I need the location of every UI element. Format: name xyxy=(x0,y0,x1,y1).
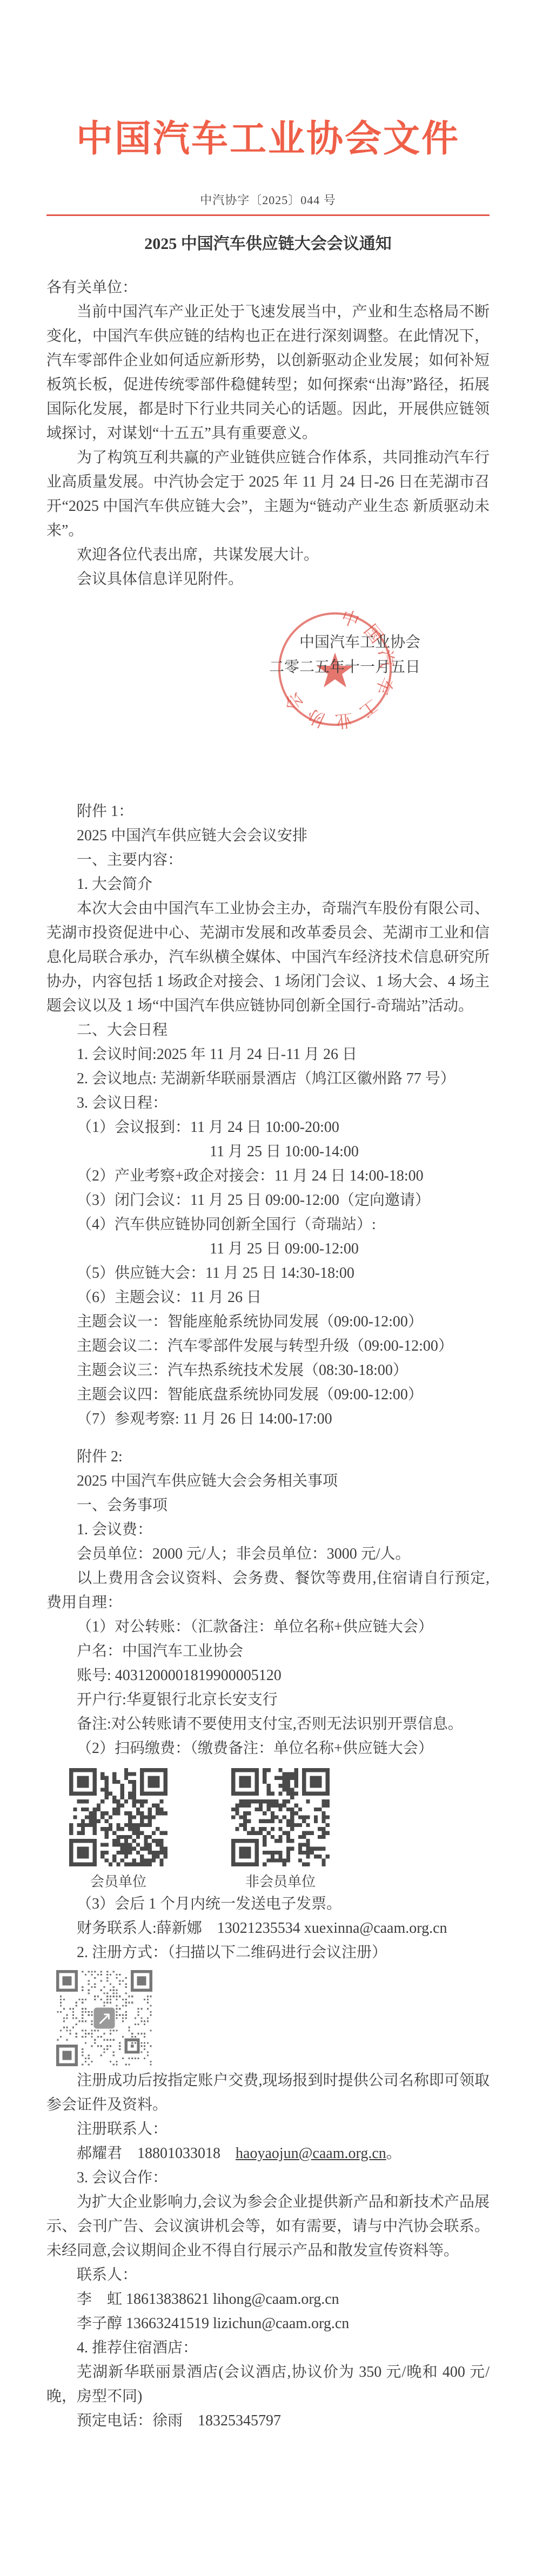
doc-line: 主题会议二：汽车零部件发展与转型升级（09:00-12:00） xyxy=(46,1334,490,1358)
doc-line: 以上费用含会议资料、会务费、餐饮等费用,住宿请自行预定,费用自理： xyxy=(46,1566,490,1615)
nonmember-qr-label: 非会员单位 xyxy=(231,1871,330,1891)
doc-line: （2）产业考察+政企对接会：11 月 24 日 14:00-18:00 xyxy=(46,1164,490,1188)
doc-line: （2）扫码缴费：（缴费备注：单位名称+供应链大会） xyxy=(46,1736,490,1761)
scanned-official-document: 中国汽车工业协会文件 中汽协字〔2025〕044 号 2025 中国汽车供应链大… xyxy=(0,0,536,2576)
doc-line: 1. 会议费： xyxy=(46,1518,490,1542)
doc-line: 为扩大企业影响力,会议为参会企业提供新产品和新技术产品展示、会刊广告、会议演讲机… xyxy=(46,2190,490,2263)
doc-line: 本次大会由中国汽车工业协会主办，奇瑞汽车股份有限公司、芜湖市投资促进中心、芜湖市… xyxy=(46,896,490,1018)
doc-line: 注册联系人： xyxy=(46,2117,490,2141)
doc-line: 主题会议一：智能座舱系统协同发展（09:00-12:00） xyxy=(46,1310,490,1334)
doc-line: 二、大会日程 xyxy=(46,1018,490,1042)
doc-line: 2. 注册方式：（扫描以下二维码进行会议注册） xyxy=(46,1940,490,1965)
doc-line: （3）闭门会议：11 月 25 日 09:00-12:00（定向邀请） xyxy=(46,1188,490,1212)
notice-title: 2025 中国汽车供应链大会会议通知 xyxy=(0,230,536,254)
doc-line: 欢迎各位代表出席，共谋发展大计。 xyxy=(46,543,490,567)
nonmember-qr-box: 非会员单位 xyxy=(231,1768,330,1891)
doc-line: 李 虹 18613838621 lihong@caam.org.cn xyxy=(46,2287,490,2311)
doc-line: 11 月 25 日 09:00-12:00 xyxy=(46,1237,490,1261)
doc-line: 11 月 25 日 10:00-14:00 xyxy=(46,1139,490,1164)
doc-line: （4）汽车供应链协同创新全国行（奇瑞站）: xyxy=(46,1212,490,1237)
doc-line: 预定电话：徐雨 18325345797 xyxy=(46,2409,490,2433)
doc-line: 主题会议三：汽车热系统技术发展（08:30-18:00） xyxy=(46,1358,490,1383)
svg-text:↗: ↗ xyxy=(97,2008,112,2029)
doc-line: （6）主题会议：11 月 26 日 xyxy=(46,1285,490,1310)
doc-line: 3. 会议合作： xyxy=(46,2166,490,2190)
attachment2-lines-a: 附件 2:2025 中国汽车供应链大会会务相关事项一、会务事项1. 会议费：会员… xyxy=(46,1445,490,1761)
attachment1-section: 附件 1：2025 中国汽车供应链大会会议安排一、主要内容：1. 大会简介本次大… xyxy=(46,799,490,1431)
doc-line: 一、会务事项 xyxy=(46,1493,490,1518)
member-qr-box: 会员单位 xyxy=(69,1768,167,1891)
doc-line: 会员单位：2000 元/人；非会员单位：3000 元/人。 xyxy=(46,1542,490,1566)
doc-line: 芜湖新华联丽景酒店(会议酒店,协议价为 350 元/晚和 400 元/晚，房型不… xyxy=(46,2360,490,2409)
nonmember-payment-qr-code xyxy=(231,1768,330,1866)
red-divider xyxy=(46,214,490,216)
doc-line: 户名：中国汽车工业协会 xyxy=(46,1639,490,1663)
doc-line: 主题会议四：智能底盘系统协同发展（09:00-12:00） xyxy=(46,1383,490,1407)
attachment2-lines-b: （3）会后 1 个月内统一发送电子发票。财务联系人:薛新娜 1302123553… xyxy=(46,1892,490,1965)
letter-body: 当前中国汽车产业正处于飞速发展当中，产业和生态格局不断变化，中国汽车供应链的结构… xyxy=(46,300,490,591)
doc-line: 一、主要内容： xyxy=(46,848,490,872)
doc-line: （3）会后 1 个月内统一发送电子发票。 xyxy=(46,1892,490,1916)
doc-line: 4. 推荐住宿酒店： xyxy=(46,2336,490,2360)
salutation: 各有关单位： xyxy=(46,275,490,300)
doc-line: 账号: 4031200001819900005120 xyxy=(46,1663,490,1688)
signature-date: 二零二五年十一月五日 xyxy=(46,655,420,680)
doc-line: 2. 会议地点: 芜湖新华联丽景酒店（鸠江区徽州路 77 号） xyxy=(46,1067,490,1091)
doc-line: 李子醇 13663241519 lizichun@caam.org.cn xyxy=(46,2311,490,2336)
doc-line: 郝耀君 18801033018 haoyaojun@caam.org.cn。 xyxy=(46,2141,490,2166)
doc-line: 2025 中国汽车供应链大会会务相关事项 xyxy=(46,1469,490,1493)
member-qr-label: 会员单位 xyxy=(69,1871,167,1891)
doc-line: 2025 中国汽车供应链大会会议安排 xyxy=(46,824,490,848)
doc-line: （5）供应链大会：11 月 25 日 14:30-18:00 xyxy=(46,1261,490,1285)
email-link: haoyaojun@caam.org.cn xyxy=(236,2145,386,2162)
doc-line: （7）参观考察: 11 月 26 日 14:00-17:00 xyxy=(46,1407,490,1431)
attachment2-lines-c: 注册成功后按指定账户交费,现场报到时提供公司名称即可领取参会证件及资料。注册联系… xyxy=(46,2068,490,2433)
doc-line: 会议具体信息详见附件。 xyxy=(46,567,490,591)
payment-qr-row: 会员单位 非会员单位 xyxy=(69,1768,490,1891)
doc-line: 开户行:华夏银行北京长安支行 xyxy=(46,1688,490,1712)
doc-line: 附件 2: xyxy=(46,1445,490,1469)
doc-line: 附件 1： xyxy=(46,799,490,824)
doc-line: （1）对公转账：（汇款备注：单位名称+供应链大会） xyxy=(46,1615,490,1639)
signature-org: 中国汽车工业协会 xyxy=(46,630,420,655)
doc-number: 中汽协字〔2025〕044 号 xyxy=(0,191,536,208)
registration-qr-code: ↗ xyxy=(56,1970,152,2066)
doc-line: （1）会议报到：11 月 24 日 10:00-20:00 xyxy=(46,1115,490,1139)
doc-line: 1. 会议时间:2025 年 11 月 24 日-11 月 26 日 xyxy=(46,1042,490,1067)
doc-line: 为了构筑互利共赢的产业链供应链合作体系，共同推动汽车行业高质量发展。中汽协会定于… xyxy=(46,446,490,543)
doc-line: 注册成功后按指定账户交费,现场报到时提供公司名称即可领取参会证件及资料。 xyxy=(46,2068,490,2117)
doc-line: 当前中国汽车产业正处于飞速发展当中，产业和生态格局不断变化，中国汽车供应链的结构… xyxy=(46,300,490,446)
signature-lines: 中国汽车工业协会 二零二五年十一月五日 xyxy=(46,591,490,680)
doc-line: 财务联系人:薛新娜 13021235534 xuexinna@caam.org.… xyxy=(46,1916,490,1940)
doc-line: 备注:对公转账请不要使用支付宝,否则无法识别开票信息。 xyxy=(46,1712,490,1736)
doc-line: 1. 大会简介 xyxy=(46,872,490,896)
signature-block: 中国汽车工业协会 中国汽车工业协会 二零二五年十一月五日 xyxy=(46,591,490,786)
doc-line: 联系人： xyxy=(46,2263,490,2287)
doc-line: 3. 会议日程： xyxy=(46,1091,490,1115)
attachment2-section: 附件 2:2025 中国汽车供应链大会会务相关事项一、会务事项1. 会议费：会员… xyxy=(46,1445,490,2433)
org-title: 中国汽车工业协会文件 xyxy=(0,114,536,164)
member-payment-qr-code xyxy=(69,1768,167,1866)
